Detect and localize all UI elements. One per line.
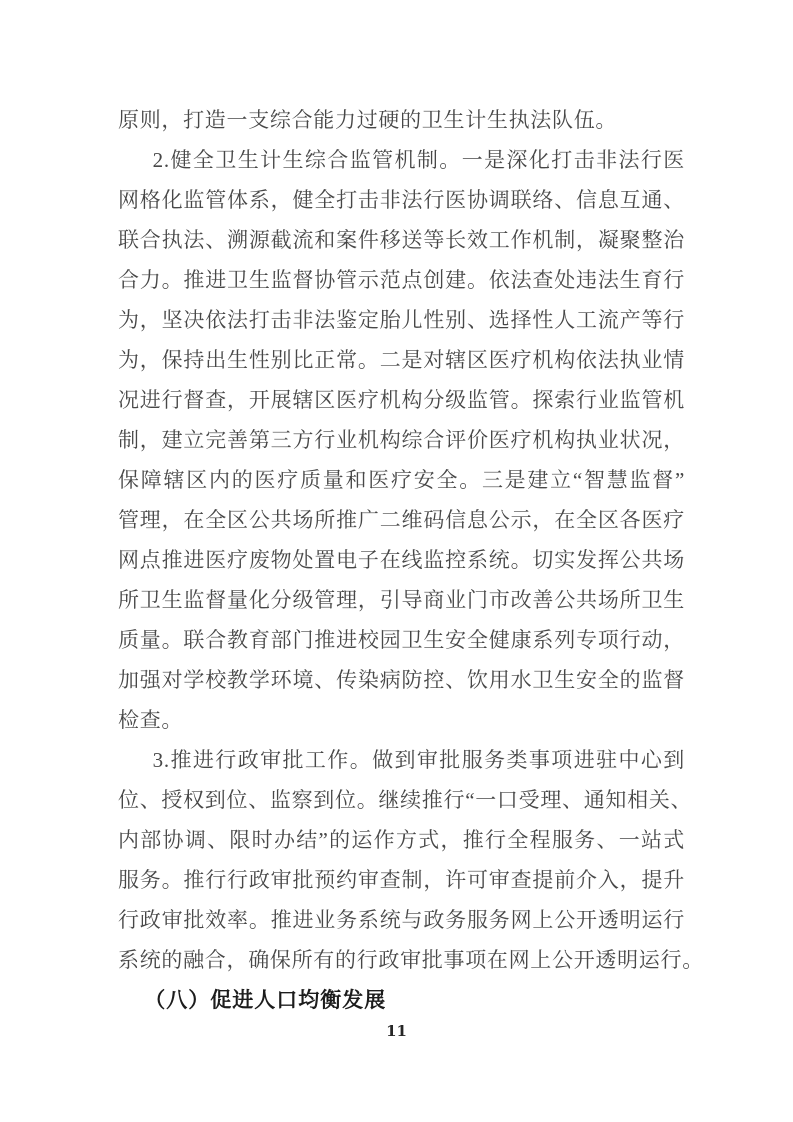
text-line: 保障辖区内的医疗质量和医疗安全。三是建立“智慧监督” <box>118 460 685 500</box>
text-line: 服务。推行行政审批预约审查制，许可审查提前介入，提升 <box>118 860 685 900</box>
text-line: 系统的融合，确保所有的行政审批事项在网上公开透明运行。 <box>118 940 685 980</box>
text-line: 网格化监管体系，健全打击非法行医协调联络、信息互通、 <box>118 180 685 220</box>
text-line: 行政审批效率。推进业务系统与政务服务网上公开透明运行 <box>118 900 685 940</box>
text-line: 位、授权到位、监察到位。继续推行“一口受理、通知相关、 <box>118 780 685 820</box>
paragraph: 原则，打造一支综合能力过硬的卫生计生执法队伍。 <box>118 100 685 140</box>
paragraph: 3.推进行政审批工作。做到审批服务类事项进驻中心到位、授权到位、监察到位。继续推… <box>118 740 685 980</box>
text-line: 内部协调、限时办结”的运作方式，推行全程服务、一站式 <box>118 820 685 860</box>
text-line: 所卫生监督量化分级管理，引导商业门市改善公共场所卫生 <box>118 580 685 620</box>
text-line: 况进行督查，开展辖区医疗机构分级监管。探索行业监管机 <box>118 380 685 420</box>
page-number: 11 <box>0 1022 793 1040</box>
text-line: 质量。联合教育部门推进校园卫生安全健康系列专项行动， <box>118 620 685 660</box>
document-body: 原则，打造一支综合能力过硬的卫生计生执法队伍。2.健全卫生计生综合监管机制。一是… <box>118 100 685 1020</box>
text-line: 联合执法、溯源截流和案件移送等长效工作机制，凝聚整治 <box>118 220 685 260</box>
text-line: 管理，在全区公共场所推广二维码信息公示，在全区各医疗 <box>118 500 685 540</box>
text-line: （八）促进人口均衡发展 <box>118 980 685 1020</box>
paragraph: 2.健全卫生计生综合监管机制。一是深化打击非法行医网格化监管体系，健全打击非法行… <box>118 140 685 740</box>
text-line: 网点推进医疗废物处置电子在线监控系统。切实发挥公共场 <box>118 540 685 580</box>
text-line: 3.推进行政审批工作。做到审批服务类事项进驻中心到 <box>118 740 685 780</box>
section-heading: （八）促进人口均衡发展 <box>118 980 685 1020</box>
text-line: 检查。 <box>118 700 685 740</box>
text-line: 2.健全卫生计生综合监管机制。一是深化打击非法行医 <box>118 140 685 180</box>
text-line: 合力。推进卫生监督协管示范点创建。依法查处违法生育行 <box>118 260 685 300</box>
text-line: 为，坚决依法打击非法鉴定胎儿性别、选择性人工流产等行 <box>118 300 685 340</box>
text-line: 为，保持出生性别比正常。二是对辖区医疗机构依法执业情 <box>118 340 685 380</box>
text-line: 原则，打造一支综合能力过硬的卫生计生执法队伍。 <box>118 100 685 140</box>
text-line: 加强对学校教学环境、传染病防控、饮用水卫生安全的监督 <box>118 660 685 700</box>
text-line: 制，建立完善第三方行业机构综合评价医疗机构执业状况， <box>118 420 685 460</box>
document-page: 原则，打造一支综合能力过硬的卫生计生执法队伍。2.健全卫生计生综合监管机制。一是… <box>0 0 793 1122</box>
